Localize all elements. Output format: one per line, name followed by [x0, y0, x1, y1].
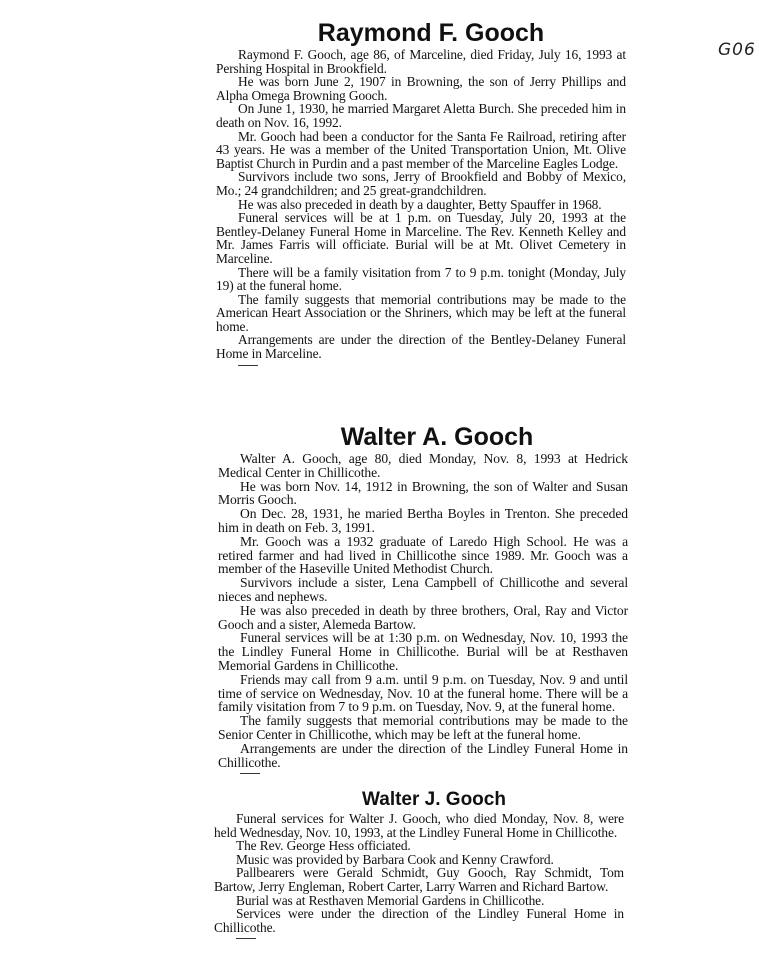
- obituary-paragraph: He was born Nov. 14, 1912 in Browning, t…: [218, 480, 628, 508]
- obituary-title: Walter A. Gooch: [246, 422, 628, 452]
- obituary-paragraph: Funeral services for Walter J. Gooch, wh…: [214, 812, 624, 839]
- end-rule: [236, 938, 256, 939]
- obituary-title: Walter J. Gooch: [244, 788, 624, 812]
- obituary-paragraph: Funeral services will be at 1 p.m. on Tu…: [216, 211, 626, 265]
- obituary-paragraph: Raymond F. Gooch, age 86, of Marceline, …: [216, 48, 626, 75]
- obituary-paragraph: He was also preceded in death by a daugh…: [216, 198, 626, 212]
- obituary-walter-j: Walter J. Gooch Funeral services for Wal…: [214, 788, 624, 939]
- handwritten-margin-note: G06: [718, 40, 756, 60]
- obituary-paragraph: He was born June 2, 1907 in Browning, th…: [216, 75, 626, 102]
- obituary-paragraph: Walter A. Gooch, age 80, died Monday, No…: [218, 452, 628, 480]
- obituary-paragraph: On June 1, 1930, he married Margaret Ale…: [216, 102, 626, 129]
- obituary-paragraph: Mr. Gooch had been a conductor for the S…: [216, 130, 626, 171]
- obituary-paragraph: Arrangements are under the direction of …: [216, 333, 626, 360]
- obituary-walter-a: Walter A. Gooch Walter A. Gooch, age 80,…: [218, 422, 628, 774]
- obituary-paragraph: Arrangements are under the direction of …: [218, 742, 628, 770]
- obituary-paragraph: The family suggests that memorial contri…: [218, 714, 628, 742]
- obituary-paragraph: Funeral services will be at 1:30 p.m. on…: [218, 631, 628, 672]
- obituary-paragraph: On Dec. 28, 1931, he maried Bertha Boyle…: [218, 507, 628, 535]
- obituary-paragraph: Survivors include a sister, Lena Campbel…: [218, 576, 628, 604]
- obituary-paragraph: Pallbearers were Gerald Schmidt, Guy Goo…: [214, 866, 624, 893]
- obituary-paragraph: Services were under the direction of the…: [214, 907, 624, 934]
- obituary-raymond: Raymond F. Gooch Raymond F. Gooch, age 8…: [216, 18, 626, 366]
- obituary-paragraph: The family suggests that memorial contri…: [216, 293, 626, 334]
- obituary-paragraph: Mr. Gooch was a 1932 graduate of Laredo …: [218, 535, 628, 576]
- obituary-paragraph: Survivors include two sons, Jerry of Bro…: [216, 170, 626, 197]
- obituary-paragraph: Music was provided by Barbara Cook and K…: [214, 853, 624, 867]
- obituary-paragraph: Burial was at Resthaven Memorial Gardens…: [214, 894, 624, 908]
- obituary-paragraph: The Rev. George Hess officiated.: [214, 839, 624, 853]
- obituary-paragraph: There will be a family visitation from 7…: [216, 266, 626, 293]
- obituary-paragraph: He was also preceded in death by three b…: [218, 604, 628, 632]
- end-rule: [238, 365, 258, 366]
- obituary-paragraph: Friends may call from 9 a.m. until 9 p.m…: [218, 673, 628, 714]
- end-rule: [240, 773, 260, 774]
- obituary-title: Raymond F. Gooch: [236, 18, 626, 48]
